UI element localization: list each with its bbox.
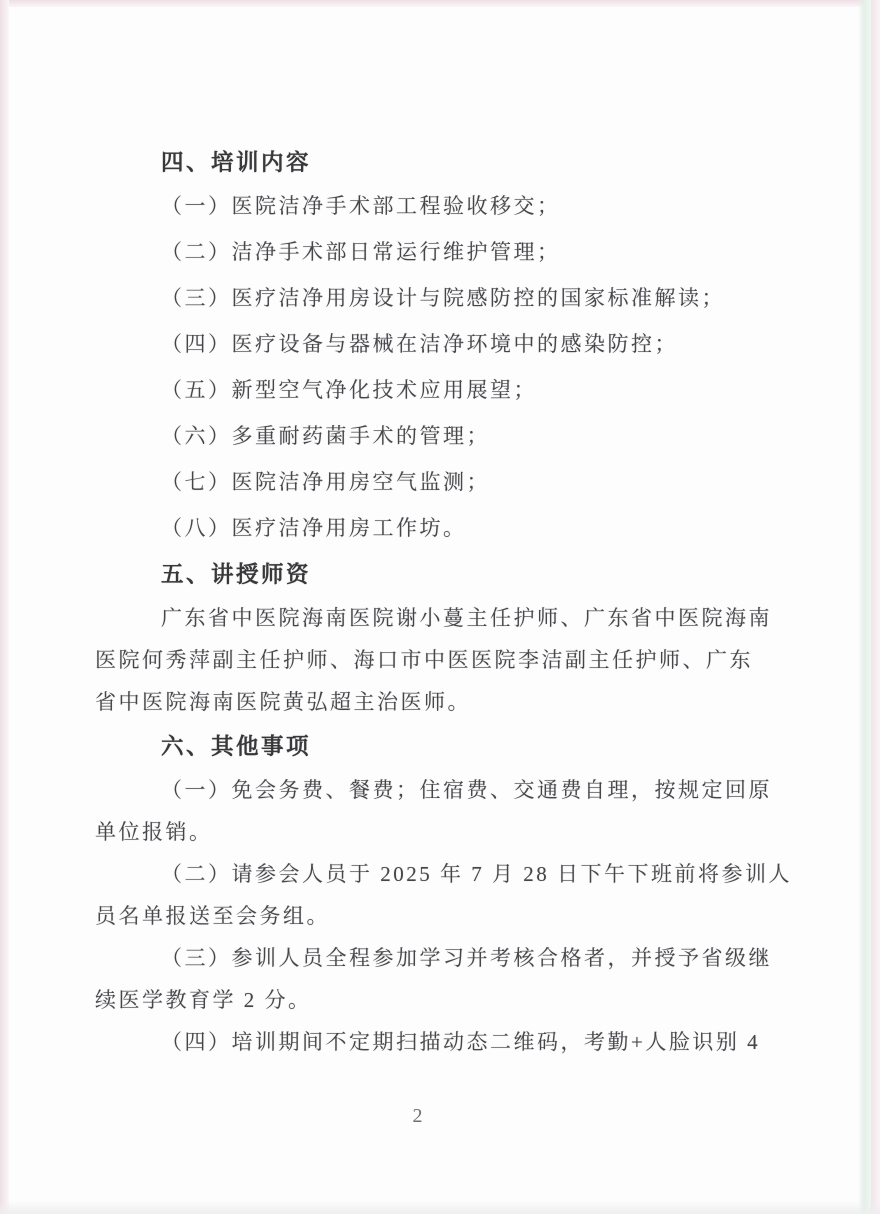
training-item-7: （七）医院洁净用房空气监测；	[95, 459, 795, 505]
other-item-4-line-1: （四）培训期间不定期扫描动态二维码，考勤+人脸识别 4	[95, 1021, 795, 1063]
other-item-2-line-1: （二）请参会人员于 2025 年 7 月 28 日下午下班前将参训人	[95, 853, 795, 895]
training-item-6: （六）多重耐药菌手术的管理；	[95, 413, 795, 459]
lecturers-line-1: 广东省中医院海南医院谢小蔓主任护师、广东省中医院海南	[95, 597, 795, 639]
other-matters-paragraphs: （一）免会务费、餐费；住宿费、交通费自理，按规定回原 单位报销。 （二）请参会人…	[95, 769, 795, 1063]
section-heading-training-content: 四、培训内容	[95, 143, 795, 183]
scan-edge-bottom	[0, 1201, 880, 1214]
scan-edge-left	[0, 0, 9, 1214]
lecturers-line-3: 省中医院海南医院黄弘超主治医师。	[95, 681, 795, 723]
training-content-list: （一）医院洁净手术部工程验收移交； （二）洁净手术部日常运行维护管理； （三）医…	[95, 183, 795, 551]
document-body: 四、培训内容 （一）医院洁净手术部工程验收移交； （二）洁净手术部日常运行维护管…	[95, 0, 795, 1063]
training-item-5: （五）新型空气净化技术应用展望；	[95, 367, 795, 413]
other-item-2-line-2: 员名单报送至会务组。	[95, 895, 795, 937]
other-item-1-line-2: 单位报销。	[95, 811, 795, 853]
other-item-1-line-1: （一）免会务费、餐费；住宿费、交通费自理，按规定回原	[95, 769, 795, 811]
training-item-3: （三）医疗洁净用房设计与院感防控的国家标准解读；	[95, 275, 795, 321]
training-item-1: （一）医院洁净手术部工程验收移交；	[95, 183, 795, 229]
scan-edge-right-green	[858, 0, 871, 1214]
other-item-3-line-1: （三）参训人员全程参加学习并考核合格者，并授予省级继	[95, 937, 795, 979]
training-item-2: （二）洁净手术部日常运行维护管理；	[95, 229, 795, 275]
training-item-4: （四）医疗设备与器械在洁净环境中的感染防控；	[95, 321, 795, 367]
training-item-8: （八）医疗洁净用房工作坊。	[95, 505, 795, 551]
section-heading-lecturers: 五、讲授师资	[95, 555, 795, 595]
lecturers-line-2: 医院何秀萍副主任护师、海口市中医医院李洁副主任护师、广东	[95, 639, 795, 681]
other-item-3-line-2: 续医学教育学 2 分。	[95, 979, 795, 1021]
lecturers-paragraph: 广东省中医院海南医院谢小蔓主任护师、广东省中医院海南 医院何秀萍副主任护师、海口…	[95, 597, 795, 723]
page-number: 2	[378, 1105, 458, 1128]
section-heading-other-matters: 六、其他事项	[95, 727, 795, 767]
scan-edge-right-pink	[871, 0, 880, 1214]
scanned-document-page: { "page": { "number": "2" }, "colors": {…	[0, 0, 880, 1214]
